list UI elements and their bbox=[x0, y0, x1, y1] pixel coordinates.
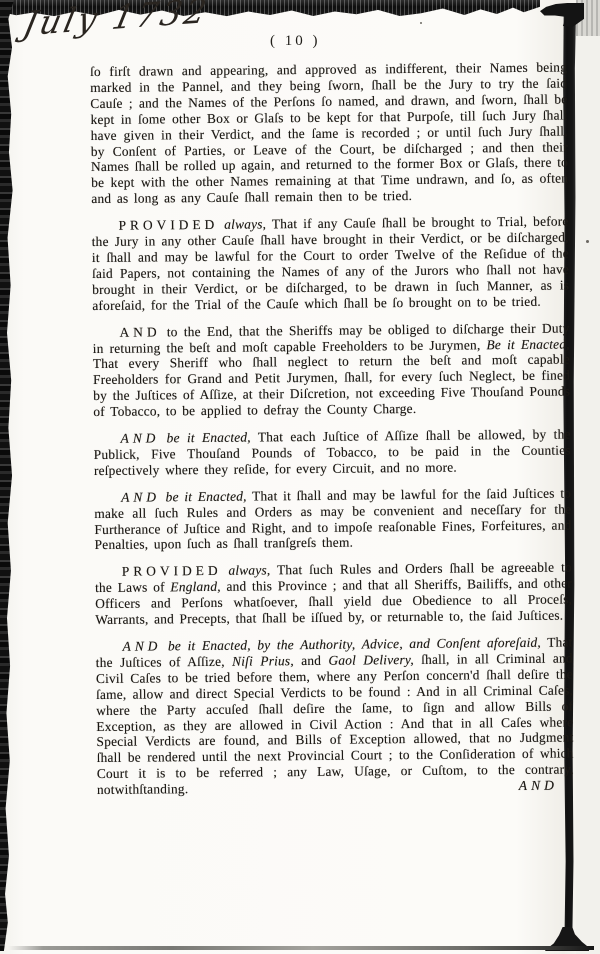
paragraph-6: PROVIDED always, That ſuch Rules and Ord… bbox=[95, 560, 573, 628]
paragraph-5: AND be it Enacted, That it ſhall and may… bbox=[94, 485, 572, 553]
text-segment: ſo firſt drawn and appearing, and approv… bbox=[90, 59, 568, 206]
text-segment: always, bbox=[218, 217, 266, 232]
text-segment: ſhall, in all Criminal and Civil Caſes t… bbox=[96, 650, 574, 797]
text-segment: be it Enacted, bbox=[159, 430, 251, 446]
paragraph-3: AND to the End, that the Sheriffs may be… bbox=[93, 320, 571, 420]
text-segment: AND bbox=[123, 638, 162, 653]
text-segment: Be it Enacted, bbox=[486, 336, 569, 352]
text-block: ſo firſt drawn and appearing, and approv… bbox=[90, 59, 574, 798]
text-segment: AND bbox=[120, 324, 161, 339]
text-segment: England, bbox=[170, 579, 220, 594]
text-segment: Gaol Delivery, bbox=[328, 652, 414, 668]
text-segment: PROVIDED bbox=[118, 217, 218, 233]
text-segment: be it Enacted, bbox=[160, 488, 247, 504]
text-segment: AND bbox=[121, 489, 160, 504]
text-segment: That every Sheriff who ſhall neglect to … bbox=[93, 352, 570, 419]
scan-speck bbox=[586, 240, 589, 243]
text-segment: and bbox=[294, 653, 329, 668]
paragraph-2: PROVIDED always, That if any Cauſe ſhall… bbox=[91, 214, 569, 314]
scan-binding-band-hook bbox=[540, 3, 584, 27]
paragraph-1: ſo firſt drawn and appearing, and approv… bbox=[90, 59, 568, 207]
text-segment: always, bbox=[222, 563, 271, 578]
scan-edge-bottom-line bbox=[8, 946, 594, 950]
text-segment: AND bbox=[121, 430, 160, 445]
paragraph-4: AND be it Enacted, That each Juſtice of … bbox=[94, 426, 571, 478]
text-segment: Niſi Prius, bbox=[232, 653, 294, 669]
text-segment: PROVIDED bbox=[122, 563, 222, 579]
page-number: ( 10 ) bbox=[270, 33, 321, 50]
scanned-page: July 1732 ( 10 ) ſo firſt drawn and appe… bbox=[0, 0, 600, 954]
paragraph-7: AND be it Enacted, by the Authority, Adv… bbox=[96, 634, 575, 798]
scan-speck bbox=[420, 22, 422, 24]
scan-gutter-strip bbox=[576, 0, 600, 954]
handwritten-date: July 1732 bbox=[20, 0, 213, 43]
scan-edge-left bbox=[0, 0, 14, 951]
